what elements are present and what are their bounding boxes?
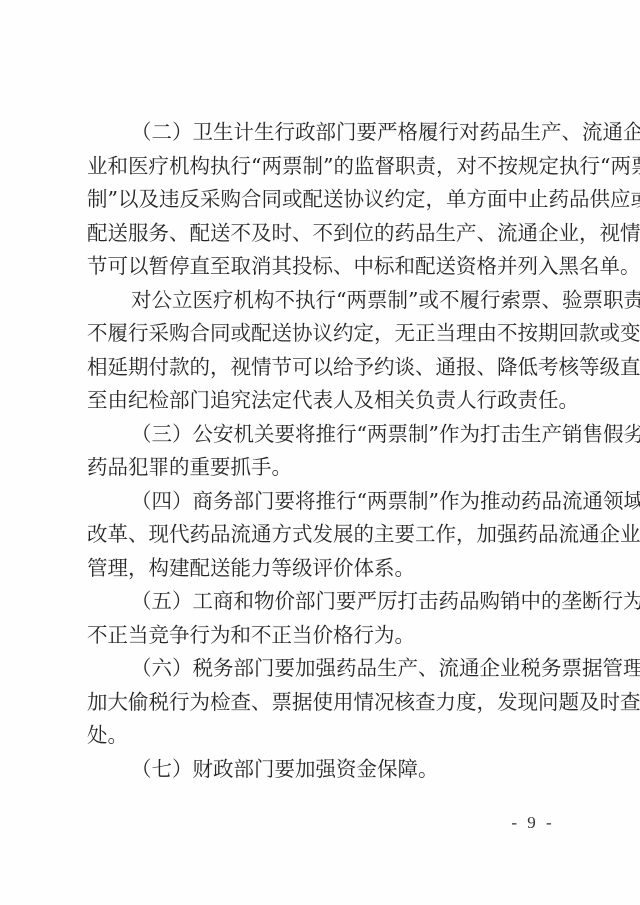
paragraph-item-6-line-2: 加大偷税行为检查、票据使用情况核查力度，发现问题及时查 — [87, 686, 553, 720]
paragraph-item-3-line-1: （三）公安机关要将推行“两票制”作为打击生产销售假劣 — [87, 418, 553, 452]
paragraph-item-7-line-1: （七）财政部门要加强资金保障。 — [87, 753, 553, 787]
paragraph-item-2-line-3: 制”以及违反采购合同或配送协议约定，单方面中止药品供应或 — [87, 183, 553, 217]
paragraph-item-2-line-5: 节可以暂停直至取消其投标、中标和配送资格并列入黑名单。 — [87, 250, 553, 284]
paragraph-item-6-line-3: 处。 — [87, 719, 553, 753]
paragraph-item-2-line-1: （二）卫生计生行政部门要严格履行对药品生产、流通企 — [87, 116, 553, 150]
paragraph-item-5-line-2: 不正当竞争行为和不正当价格行为。 — [87, 619, 553, 653]
paragraph-item-2-line-4: 配送服务、配送不及时、不到位的药品生产、流通企业，视情 — [87, 217, 553, 251]
paragraph-item-2-cont-line-2: 不履行采购合同或配送协议约定，无正当理由不按期回款或变 — [87, 317, 553, 351]
paragraph-item-6-line-1: （六）税务部门要加强药品生产、流通企业税务票据管理， — [87, 652, 553, 686]
paragraph-item-3-line-2: 药品犯罪的重要抓手。 — [87, 451, 553, 485]
paragraph-item-4-line-1: （四）商务部门要将推行“两票制”作为推动药品流通领域 — [87, 485, 553, 519]
paragraph-item-2-line-2: 业和医疗机构执行“两票制”的监督职责，对不按规定执行“两票 — [87, 150, 553, 184]
document-body: （二）卫生计生行政部门要严格履行对药品生产、流通企 业和医疗机构执行“两票制”的… — [87, 116, 553, 786]
document-page: （二）卫生计生行政部门要严格履行对药品生产、流通企 业和医疗机构执行“两票制”的… — [0, 0, 640, 905]
paragraph-item-2-cont-line-4: 至由纪检部门追究法定代表人及相关负责人行政责任。 — [87, 384, 553, 418]
page-number: - 9 - — [508, 810, 558, 836]
paragraph-item-5-line-1: （五）工商和物价部门要严厉打击药品购销中的垄断行为、 — [87, 585, 553, 619]
paragraph-item-4-line-3: 管理，构建配送能力等级评价体系。 — [87, 552, 553, 586]
paragraph-item-4-line-2: 改革、现代药品流通方式发展的主要工作，加强药品流通企业 — [87, 518, 553, 552]
paragraph-item-2-cont-line-3: 相延期付款的，视情节可以给予约谈、通报、降低考核等级直 — [87, 351, 553, 385]
paragraph-item-2-cont-line-1: 对公立医疗机构不执行“两票制”或不履行索票、验票职责， — [87, 284, 553, 318]
